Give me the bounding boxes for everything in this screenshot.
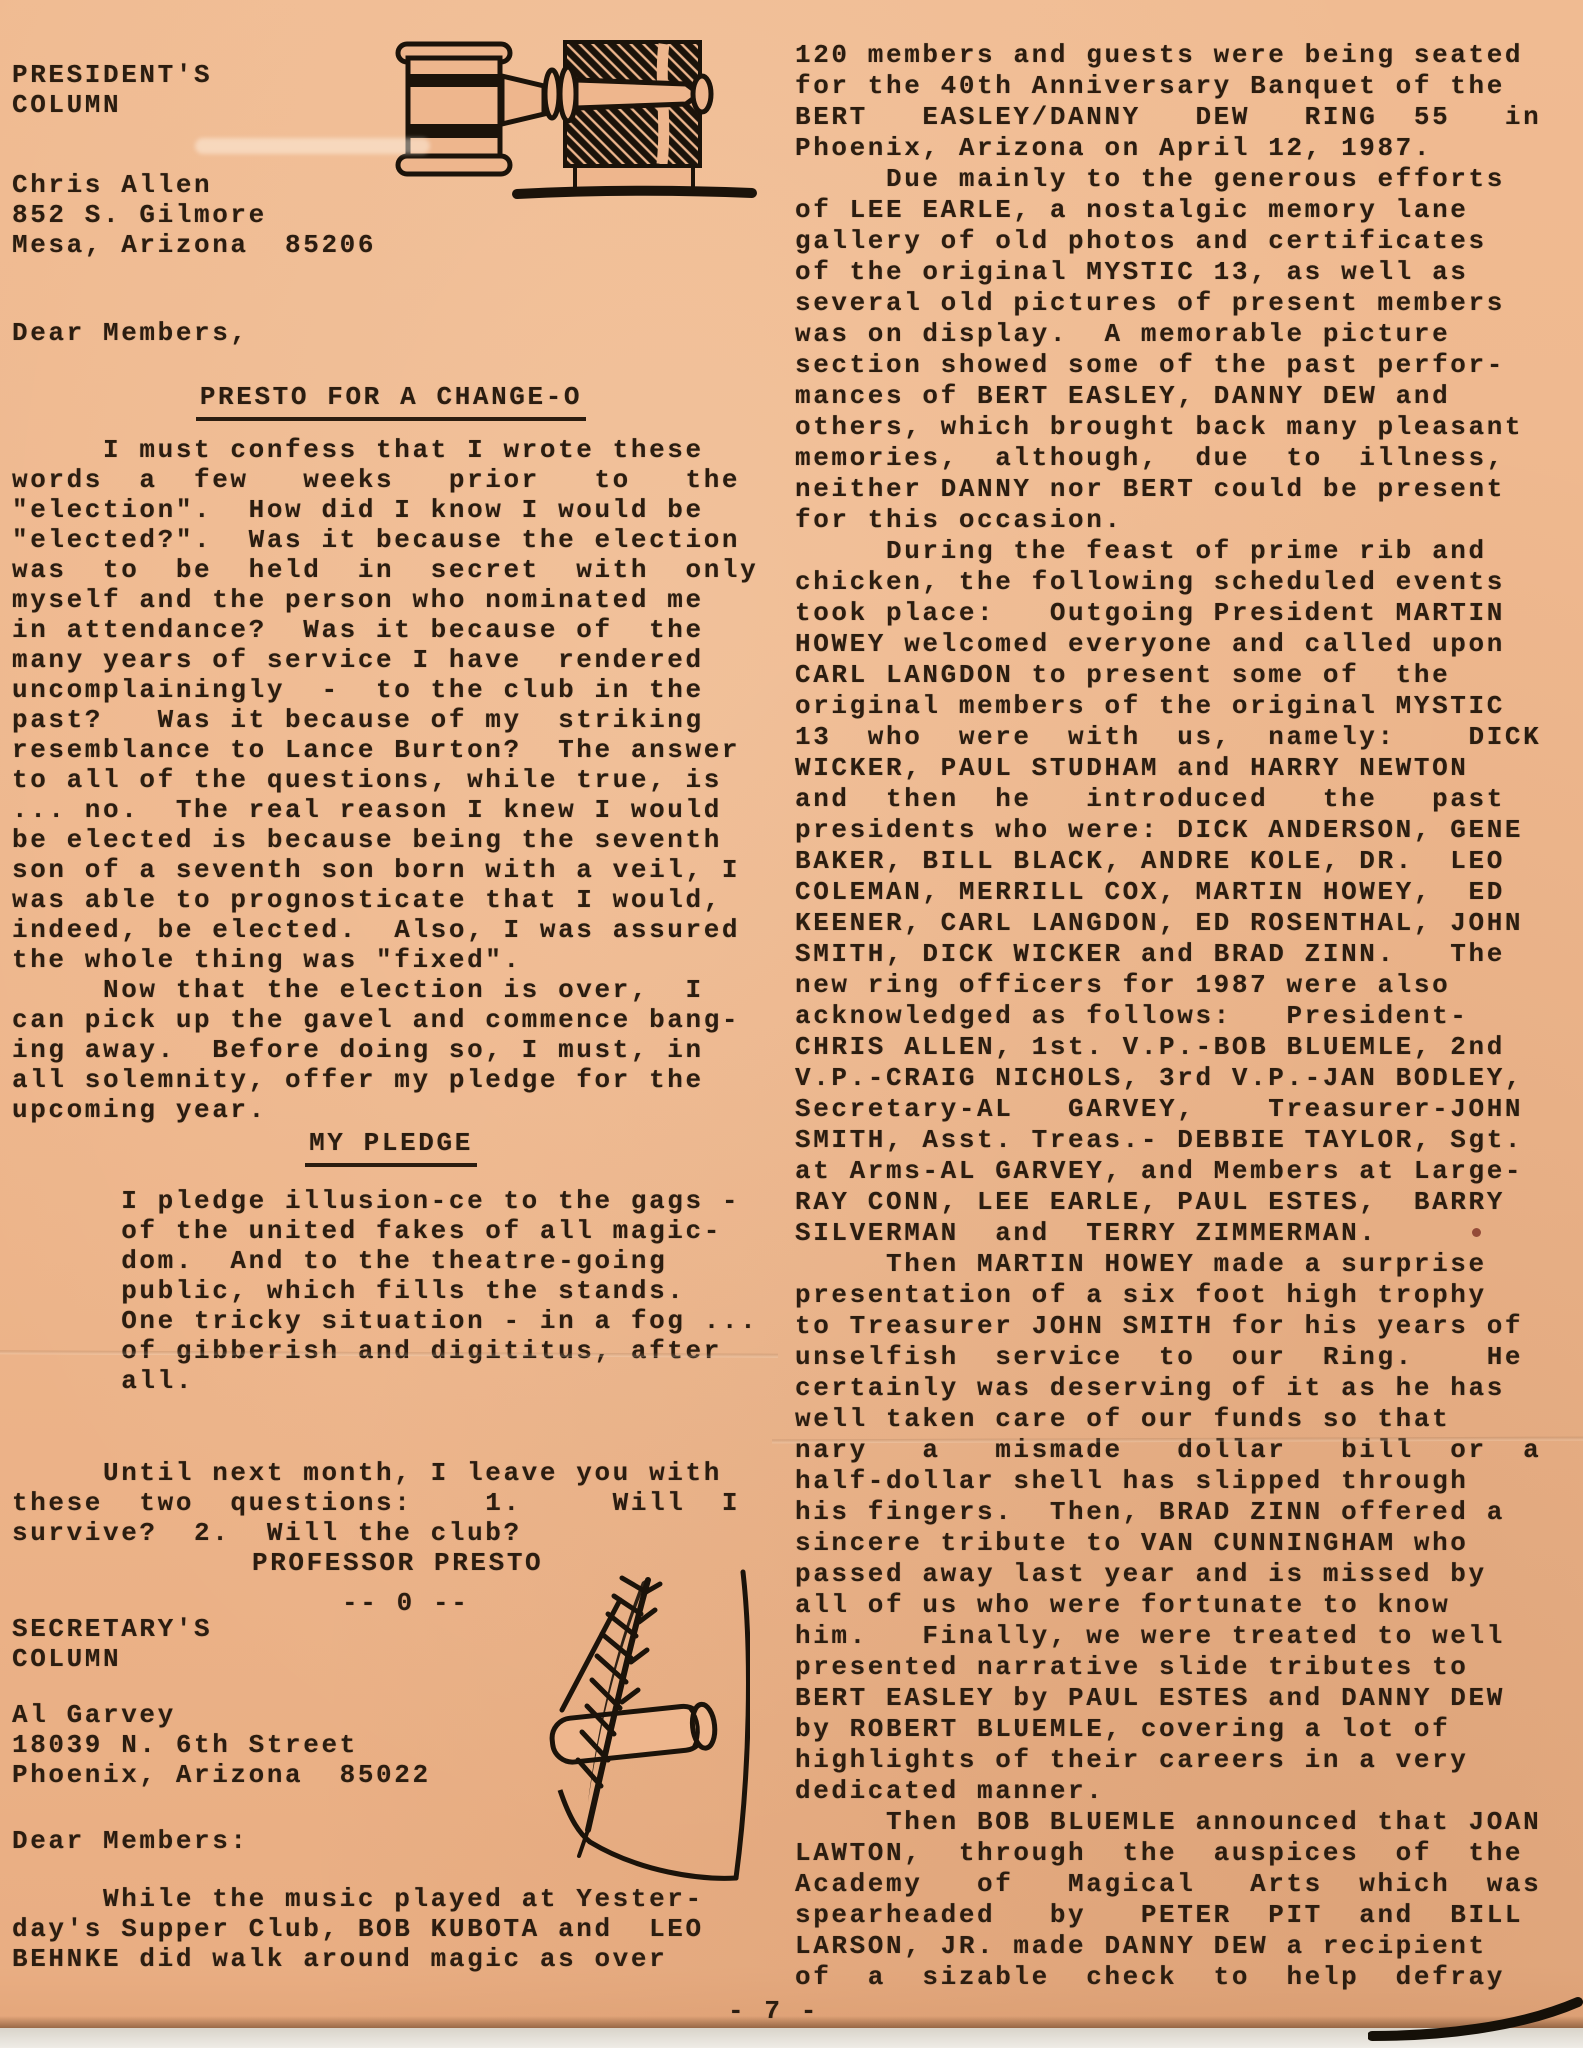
secretary-salutation: Dear Members: xyxy=(12,1826,249,1856)
ink-speck xyxy=(1472,1228,1481,1237)
banquet-report-text: 120 members and guests were being seated… xyxy=(795,40,1555,1993)
paper-bottom-edge-shadow xyxy=(0,2016,1583,2028)
section-divider: -- 0 -- xyxy=(342,1588,469,1618)
president-address: Chris Allen 852 S. Gilmore Mesa, Arizona… xyxy=(12,170,376,260)
closing-questions: Until next month, I leave you with these… xyxy=(12,1458,740,1548)
signature-professor-presto: PROFESSOR PRESTO xyxy=(252,1548,543,1578)
banquet-report-column: 120 members and guests were being seated… xyxy=(795,40,1555,1993)
newsletter-page: PRESIDENT'S COLUMN Chris Allen 852 S. Gi… xyxy=(0,0,1583,2048)
page-edge-curl-mark xyxy=(1368,1994,1583,2042)
scan-background-strip xyxy=(0,2028,1583,2048)
secretary-address: Al Garvey 18039 N. 6th Street Phoenix, A… xyxy=(12,1700,431,1790)
president-column-header: PRESIDENT'S COLUMN xyxy=(12,60,212,120)
gavel-icon xyxy=(392,28,760,206)
section-title-pledge-text: MY PLEDGE xyxy=(305,1128,477,1167)
paper-scuff-mark xyxy=(195,138,430,154)
pledge-text: I pledge illusion-ce to the gags - of th… xyxy=(12,1186,758,1396)
president-paragraph: I must confess that I wrote these words … xyxy=(12,435,758,1125)
section-title-presto-text: PRESTO FOR A CHANGE-O xyxy=(196,382,586,421)
quill-and-scroll-icon xyxy=(500,1562,750,1897)
section-title-presto: PRESTO FOR A CHANGE-O xyxy=(12,382,770,421)
secretary-paragraph: While the music played at Yester- day's … xyxy=(12,1884,704,1974)
section-title-pledge: MY PLEDGE xyxy=(12,1128,770,1167)
president-salutation: Dear Members, xyxy=(12,318,249,348)
secretary-column-header: SECRETARY'S COLUMN xyxy=(12,1614,212,1674)
